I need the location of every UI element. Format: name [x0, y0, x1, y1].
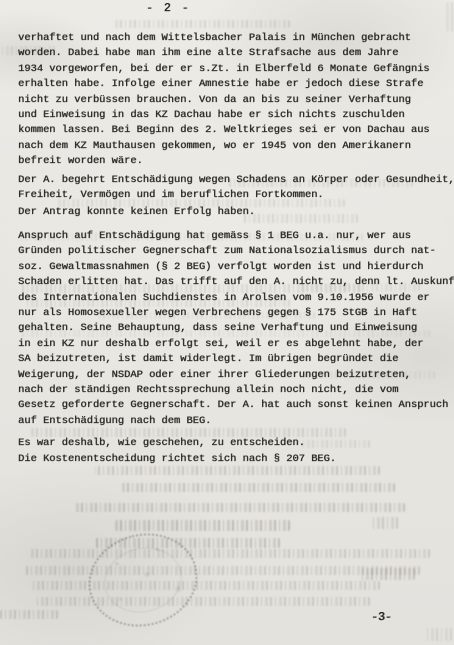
page-number-bottom: -3-	[371, 611, 392, 624]
text-line: und Einweisung in das KZ Dachau habe er …	[18, 108, 454, 123]
bleedthrough-smudge	[115, 520, 290, 531]
bleedthrough-smudge	[424, 628, 452, 641]
bleedthrough-smudge	[95, 466, 380, 475]
bleedthrough-smudge	[300, 440, 370, 448]
bleedthrough-smudge	[55, 199, 345, 207]
text-line: befreit worden wäre.	[18, 154, 454, 169]
text-line: nach dem KZ Mauthausen gekommen, wo er 1…	[18, 139, 454, 154]
text-line: Der Antrag konnte keinen Erfolg haben.	[18, 205, 454, 220]
bleedthrough-smudge	[25, 299, 290, 307]
bleedthrough-smudge	[300, 371, 435, 379]
bleedthrough-smudge	[115, 20, 290, 28]
bleedthrough-smudge	[228, 179, 413, 187]
text-line: SA beizutreten, ist damit widerlegt. Im …	[18, 352, 454, 367]
text-line: 1934 vorgeworfen, bei der er s.Zt. in El…	[18, 62, 454, 77]
text-line: Gesetz geforderte Gegnerschaft. Der A. h…	[18, 398, 454, 413]
bleedthrough-smudge	[28, 428, 346, 437]
text-line: auf Entschädigung nach dem BEG.	[18, 414, 454, 429]
bleedthrough-smudge	[35, 597, 370, 606]
bleedthrough-smudge	[300, 283, 420, 291]
bleedthrough-smudge	[18, 233, 363, 241]
paragraph: Die Kostenentscheidung richtet sich nach…	[18, 452, 454, 467]
text-line: erhalten habe. Infolge einer Amnestie ha…	[18, 77, 454, 92]
text-line: nicht zu verbüssen brauchen. Von da an b…	[18, 93, 454, 108]
text-line: nach der ständigen Rechtssprechung allei…	[18, 383, 454, 398]
bleedthrough-smudge	[360, 568, 415, 580]
bleedthrough-smudge	[30, 581, 380, 590]
paragraph: Es war deshalb, wie geschehen, zu entsch…	[18, 436, 454, 451]
text-line: verhaftet und nach dem Wittelsbacher Pal…	[18, 31, 454, 46]
bleedthrough-smudge	[370, 517, 398, 529]
bleedthrough-smudge	[0, 46, 55, 55]
bleedthrough-smudge	[446, 2, 453, 32]
bleedthrough-smudge	[95, 312, 315, 319]
text-line: soz. Gewaltmassnahmen (§ 2 BEG) verfolgt…	[18, 260, 454, 275]
paragraph: verhaftet und nach dem Wittelsbacher Pal…	[18, 31, 454, 170]
bleedthrough-smudge	[120, 483, 395, 492]
paragraph: Der Antrag konnte keinen Erfolg haben.	[18, 205, 454, 220]
document-page: - 2 - verhaftet und nach dem Wittelsbach…	[0, 0, 454, 645]
text-line: Die Kostenentscheidung richtet sich nach…	[18, 452, 454, 467]
bleedthrough-smudge	[243, 214, 358, 223]
bleedthrough-smudge	[0, 610, 58, 619]
text-line: Gründen politischer Gegnerschaft zum Nat…	[18, 244, 454, 259]
bleedthrough-smudge	[95, 538, 280, 548]
text-line: Es war deshalb, wie geschehen, zu entsch…	[18, 436, 454, 451]
text-line: in ein KZ nur deshalb erfolgt sei, weil …	[18, 337, 454, 352]
text-line: worden. Dabei habe man ihm eine alte Str…	[18, 46, 454, 61]
text-line: kommen lassen. Bei Beginn des 2. Weltkri…	[18, 123, 454, 138]
bleedthrough-smudge	[30, 549, 430, 558]
bleedthrough-smudge	[20, 330, 430, 337]
bleedthrough-smudge	[75, 503, 405, 512]
